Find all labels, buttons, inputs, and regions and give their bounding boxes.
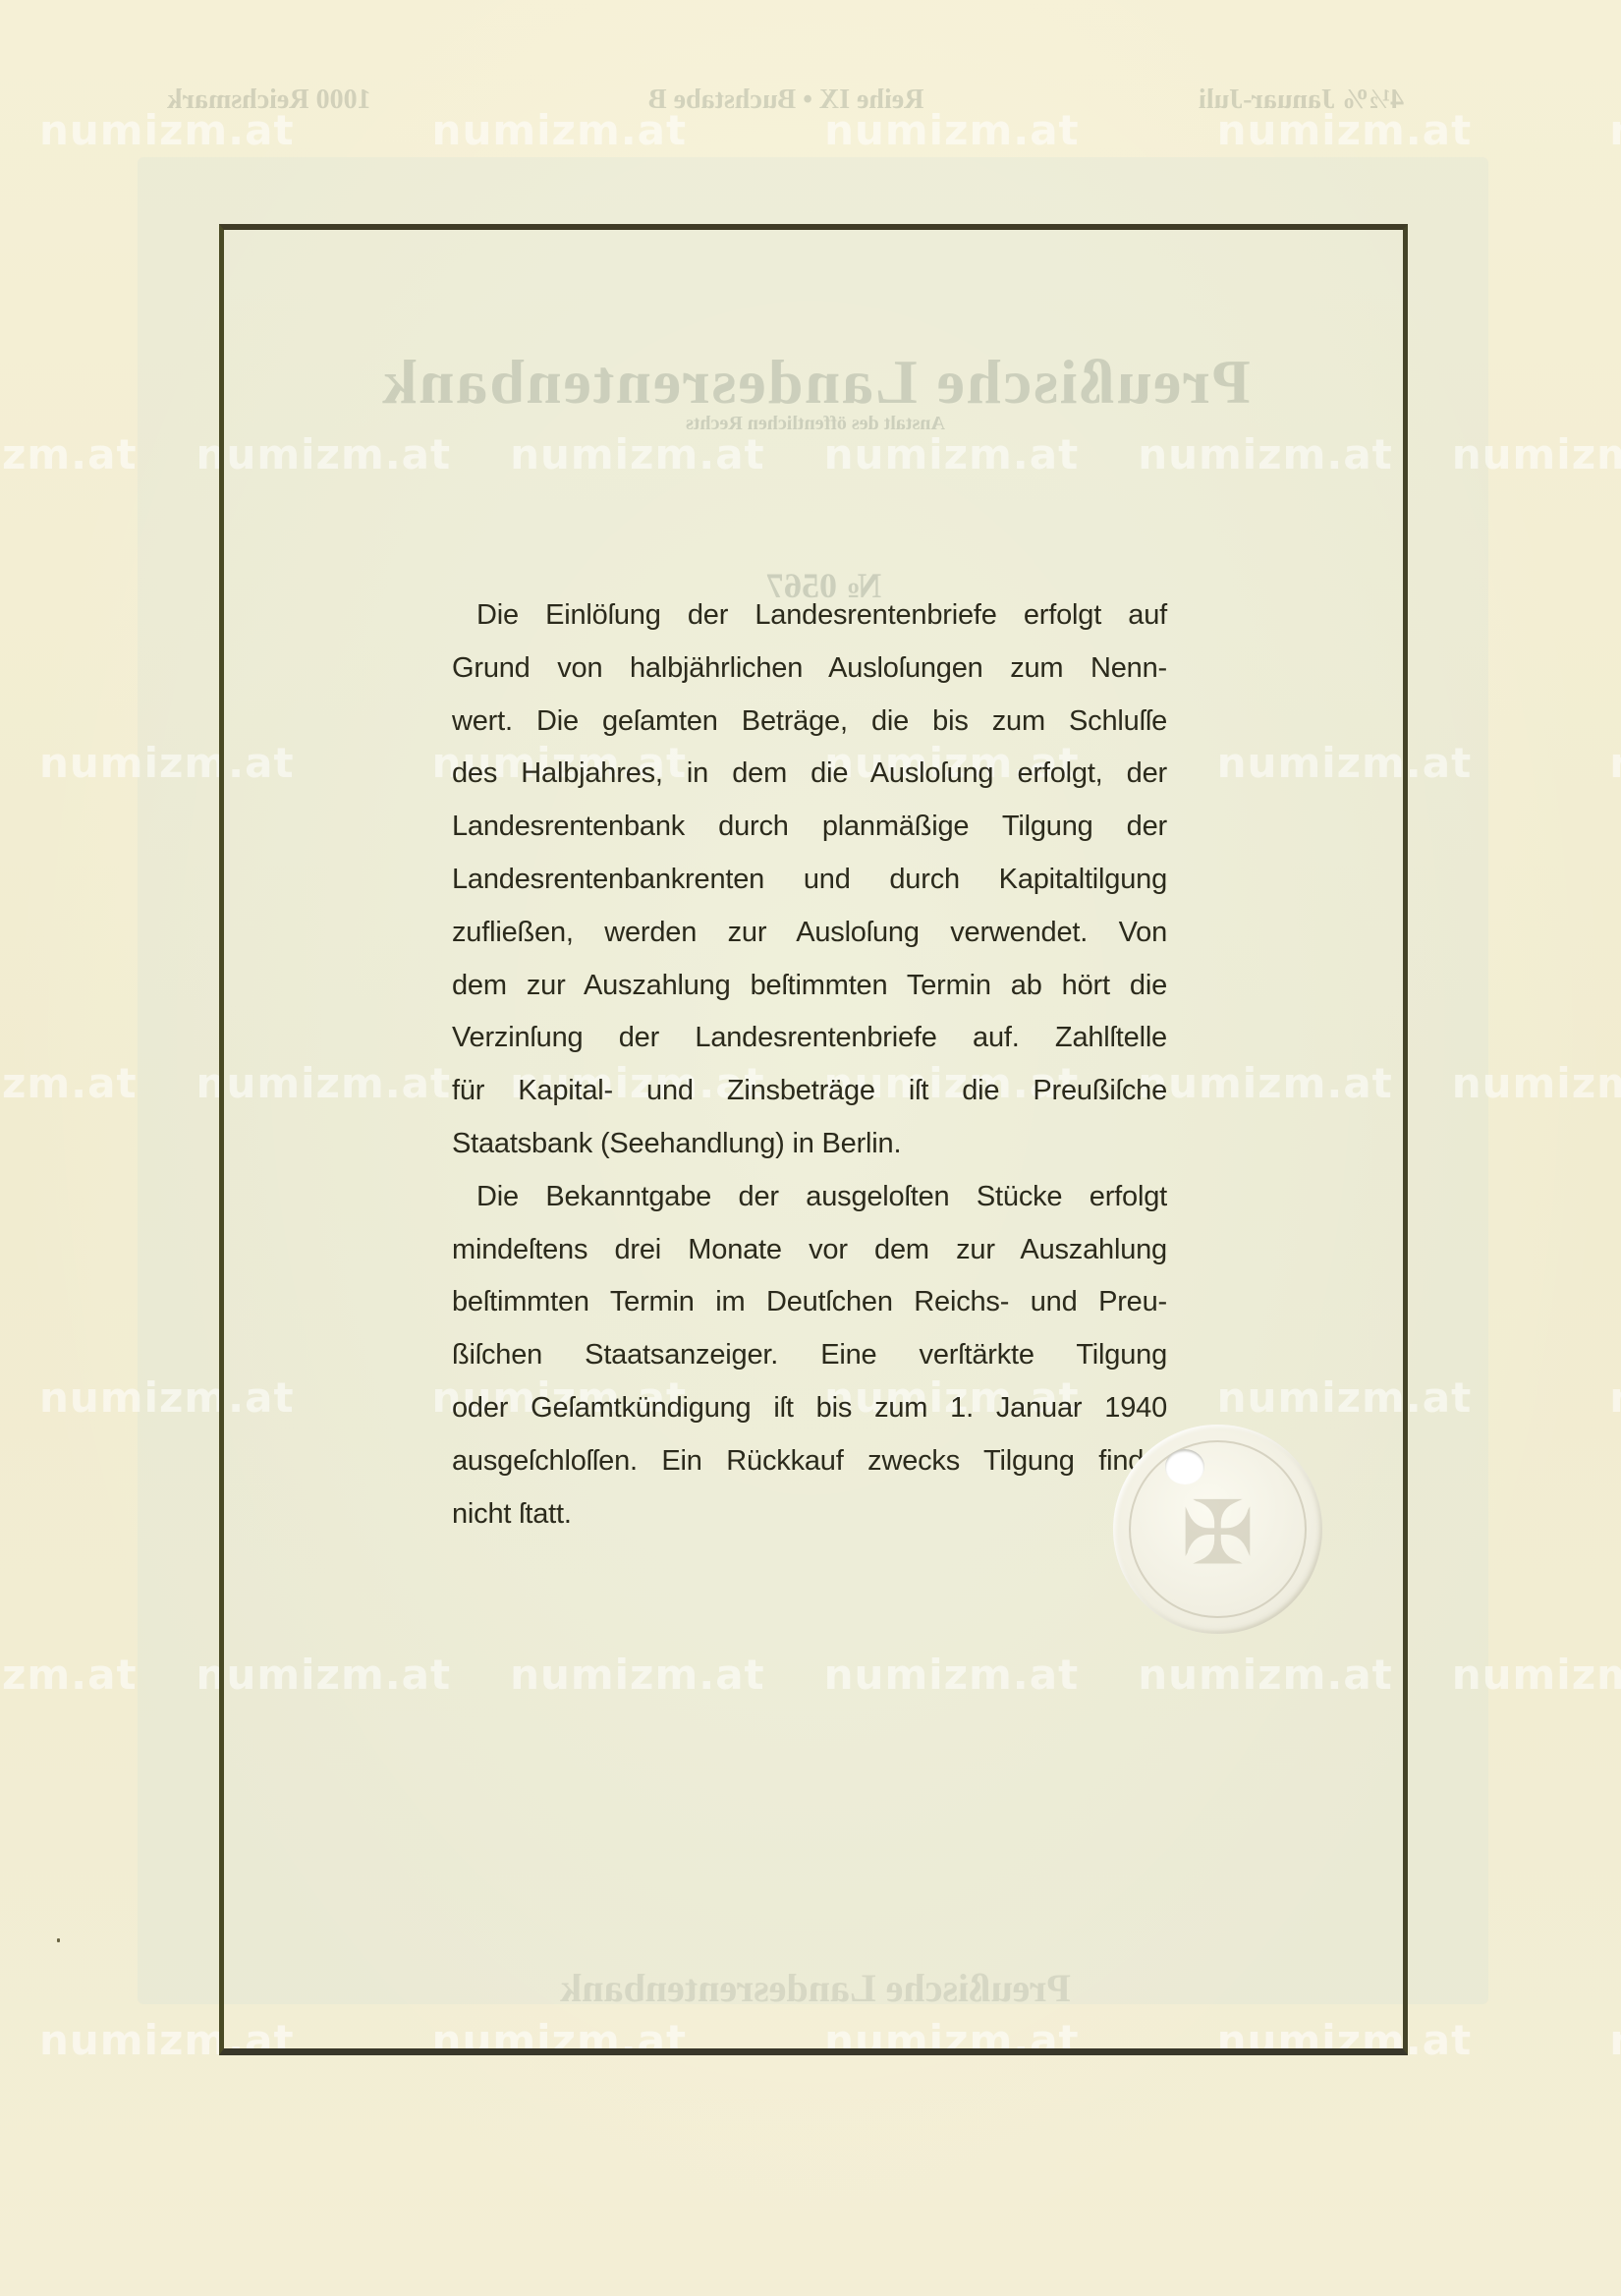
watermark-text: numizm.at (1511, 1651, 1621, 1699)
watermark-row: numizm.atnumizm.atnumizm.atnumizm.atnumi… (0, 106, 1621, 154)
text-line: ausgeſchloſſen. Ein Rückkauf zwecks Tilg… (452, 1435, 1167, 1488)
text-line: des Halbjahres, in dem die Ausloſung erf… (452, 748, 1167, 801)
watermark-text: numizm.at (1198, 106, 1473, 154)
text-line: wert. Die geſamten Beträge, die bis zum … (452, 696, 1167, 749)
text-line: nicht ſtatt. (452, 1488, 1167, 1541)
watermark-text: numizm.at (1590, 1373, 1621, 1422)
text-line: oder Geſamtkündigung iſt bis zum 1. Janu… (452, 1382, 1167, 1435)
text-line: Grund von halbjährlichen Ausloſungen zum… (452, 643, 1167, 696)
eagle-emboss-icon: ✠ (1181, 1482, 1255, 1585)
terms-paragraph-2: Die Bekanntgabe der ausgeloſten Stücke e… (452, 1171, 1167, 1541)
text-line: ßiſchen Staatsanzeiger. Eine verſtärkte … (452, 1329, 1167, 1382)
terms-paragraph-1: Die Einlöſung der Landesrentenbriefe erf… (452, 589, 1167, 1171)
watermark-text: numizm.at (0, 430, 138, 478)
cancellation-punch-hole (1165, 1449, 1204, 1484)
paper-speck (57, 1938, 60, 1942)
text-line: für Kapital- und Zinsbeträge iſt die Pre… (452, 1065, 1167, 1118)
watermark-text: numizm.at (1511, 1059, 1621, 1107)
text-line: Die Bekanntgabe der ausgeloſten Stücke e… (452, 1171, 1167, 1224)
text-line: Die Einlöſung der Landesrentenbriefe erf… (452, 589, 1167, 643)
text-line: mindeſtens drei Monate vor dem zur Ausza… (452, 1224, 1167, 1277)
text-line: zufließen, werden zur Ausloſung verwende… (452, 907, 1167, 960)
watermark-text: numizm.at (1590, 739, 1621, 787)
watermark-text: numizm.at (413, 106, 688, 154)
watermark-text: numizm.at (805, 106, 1080, 154)
terms-text: Die Einlöſung der Landesrentenbriefe erf… (452, 589, 1167, 1540)
text-line: Landesrentenbankrenten und durch Kapital… (452, 854, 1167, 907)
embossed-seal: ✠ (1113, 1425, 1322, 1634)
text-line: Staatsbank (Seehandlung) in Berlin. (452, 1118, 1167, 1171)
watermark-text: numizm.at (0, 1651, 138, 1699)
watermark-text: numizm.at (1590, 2016, 1621, 2064)
text-line: dem zur Auszahlung beſtimmten Termin ab … (452, 960, 1167, 1013)
watermark-text: numizm.at (0, 1059, 138, 1107)
watermark-text: numizm.at (20, 106, 295, 154)
text-line: Verzinſung der Landesrentenbriefe auf. Z… (452, 1012, 1167, 1065)
text-line: beſtimmten Termin im Deutſchen Reichs- u… (452, 1276, 1167, 1329)
watermark-text: numizm.at (1590, 106, 1621, 154)
watermark-text: numizm.at (1511, 430, 1621, 478)
text-line: Landesrentenbank durch planmäßige Tilgun… (452, 801, 1167, 854)
